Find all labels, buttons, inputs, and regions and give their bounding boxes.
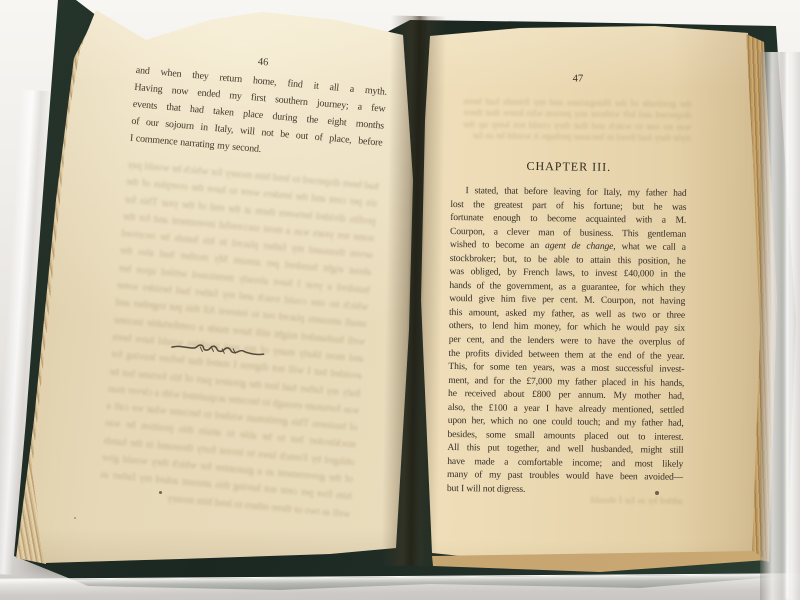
left-page-content: 46 and when they return home, find it al… xyxy=(97,46,389,541)
book-photo: 46 and when they return home, find it al… xyxy=(0,0,800,600)
book-gutter xyxy=(381,16,447,567)
plastic-sleeve-bottom-edge xyxy=(0,573,800,600)
chapter-paragraph: I stated, that before leaving for Italy,… xyxy=(447,184,687,498)
ink-speck xyxy=(159,491,162,494)
right-bleedthrough-bottom: added by as far I should xyxy=(551,494,683,508)
ink-speck xyxy=(74,517,76,519)
right-page-content: 47 the gratitude of the Hungarians and m… xyxy=(447,72,688,515)
plastic-sleeve-right-edge xyxy=(760,52,800,600)
right-page-number: 47 xyxy=(452,72,688,86)
ink-speck xyxy=(655,491,659,495)
chapter-heading: CHAPTER III. xyxy=(451,158,687,176)
